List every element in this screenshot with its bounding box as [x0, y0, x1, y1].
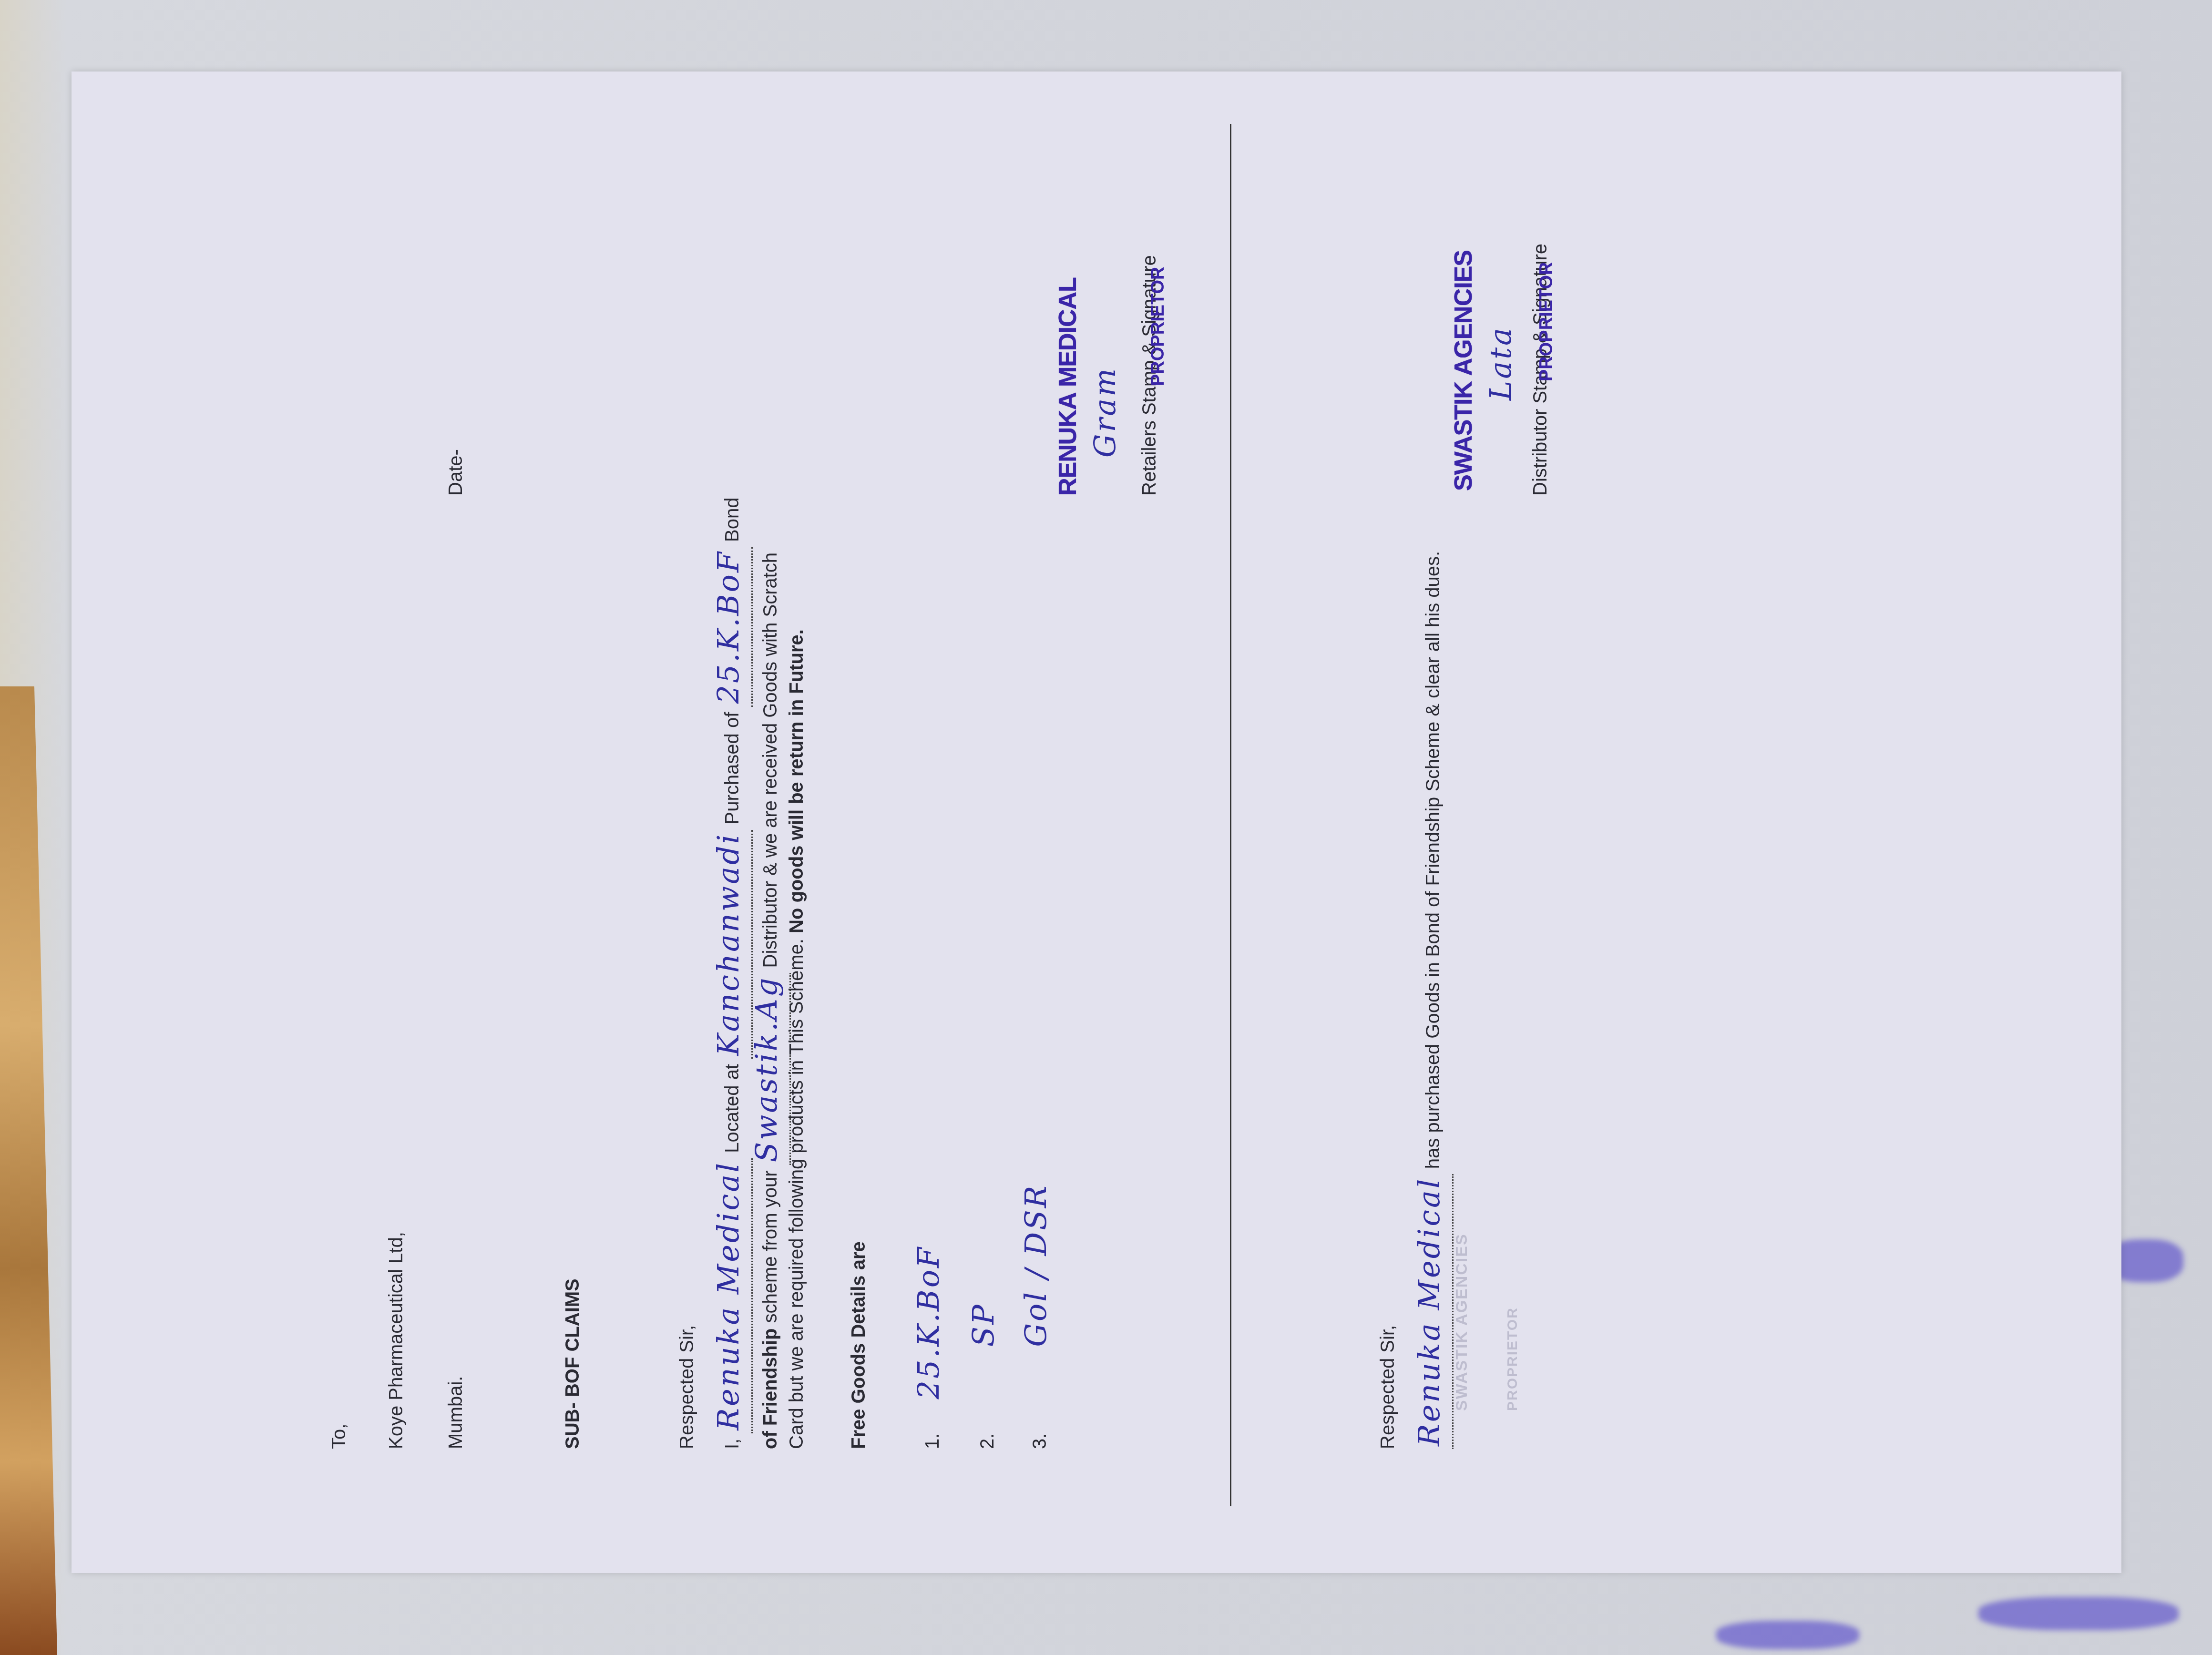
located-at-label: Located at	[722, 1064, 743, 1153]
purchased-of-label: Purchased of	[722, 712, 743, 825]
address-city: Mumbai.	[441, 1376, 471, 1449]
distributor-text: Distributor & we are received Goods with…	[760, 552, 781, 968]
no-return-notice: No goods will be return in Future.	[786, 629, 807, 933]
friendship-bold: of Friendship	[760, 1328, 781, 1449]
ink-smudge	[1716, 1621, 1859, 1649]
date-label: Date-	[441, 449, 471, 496]
salutation: Respected Sir,	[672, 1325, 702, 1449]
address-to: To,	[324, 1424, 354, 1449]
document-page: To, Koye Pharmaceutical Ltd, Mumbai. Dat…	[72, 72, 2121, 1573]
item-value: 25.K.BoF	[911, 1246, 946, 1400]
item-value: SP	[966, 1303, 1001, 1347]
free-goods-item: 1. 25.K.BoF	[906, 1246, 952, 1449]
distributor-signature: Lata	[1478, 326, 1524, 400]
retailer-stamp-name: RENUKA MEDICAL	[1049, 277, 1087, 496]
address-company: Koye Pharmaceutical Ltd,	[381, 1232, 411, 1449]
item-number: 1.	[922, 1433, 943, 1449]
retailer-stamp-title: PROPRIETOR	[1144, 266, 1172, 386]
item-number: 2.	[977, 1433, 998, 1449]
free-goods-heading: Free Goods Details are	[844, 1241, 873, 1449]
item-value: Gol / DSR	[1018, 1184, 1053, 1347]
required-text: Card but we are required following produ…	[786, 939, 807, 1449]
retailer-signature: Gram	[1082, 367, 1128, 458]
free-goods-item: 2. SP	[961, 1303, 1006, 1449]
confirmation-salutation: Respected Sir,	[1373, 1325, 1403, 1449]
section-divider	[1230, 124, 1231, 1506]
confirmation-retailer-field: Renuka Medical	[1406, 1174, 1454, 1449]
ghost-imprint-title: PROPRIETOR	[1502, 1307, 1524, 1411]
claim-document: To, Koye Pharmaceutical Ltd, Mumbai. Dat…	[72, 72, 2121, 1573]
item-number: 3.	[1029, 1433, 1050, 1449]
ink-smudge	[1978, 1597, 2179, 1630]
confirmation-text: has purchased Goods in Bond of Friendshi…	[1423, 551, 1444, 1169]
free-goods-item: 3. Gol / DSR	[1013, 1184, 1059, 1449]
distributor-stamp-name: SWASTIK AGENCIES	[1444, 250, 1483, 491]
bond-label: Bond	[722, 498, 743, 542]
ghost-imprint-name: SWASTIK AGENCIES	[1449, 1233, 1475, 1411]
subject-line: SUB- BOF CLAIMS	[558, 1278, 587, 1449]
prefix-i: I,	[722, 1439, 743, 1449]
claim-line-3: Card but we are required following produ…	[782, 629, 811, 1449]
confirmation-line: Renuka Medical has purchased Goods in Bo…	[1406, 551, 1454, 1449]
scheme-text: scheme from your	[760, 1170, 781, 1323]
distributor-stamp-title: PROPRIETOR	[1533, 262, 1561, 381]
